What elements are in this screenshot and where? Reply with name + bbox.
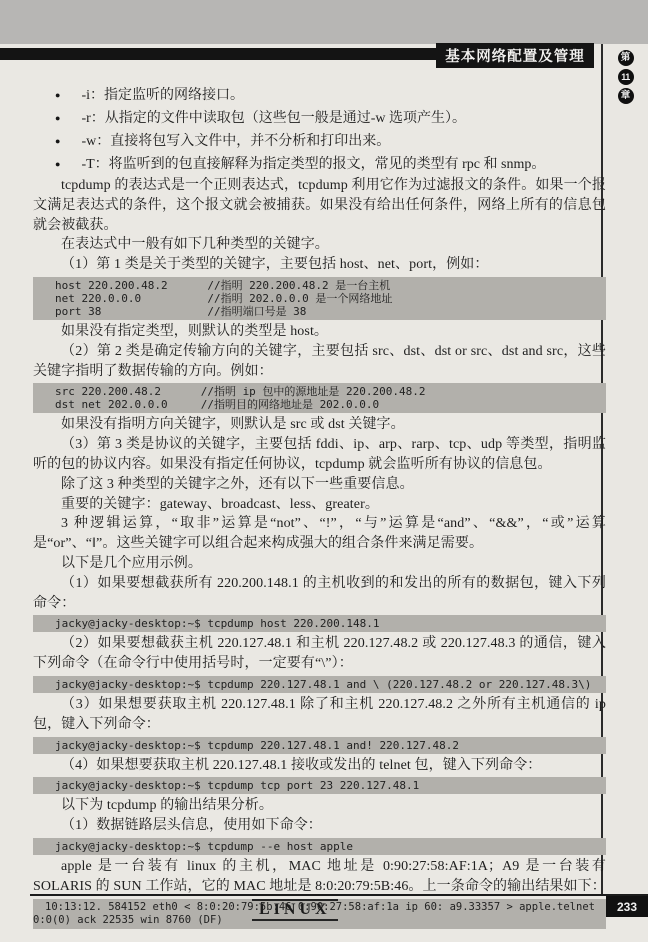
paragraph: （3）第 3 类是协议的关键字，主要包括 fddi、ip、arp、rarp、tc… (33, 435, 606, 475)
paragraph: 重要的关键字：gateway、broadcast、less、greater。 (33, 495, 606, 515)
code-line: jacky@jacky-desktop:~$ tcpdump tcp port … (55, 779, 606, 792)
paragraph: 如果没有指定类型，则默认的类型是 host。 (33, 322, 606, 342)
chapter-header-title: 基本网络配置及管理 (445, 45, 585, 66)
chapter-header-bar: 基本网络配置及管理 (436, 43, 594, 68)
bullet-text: -T：将监听到的包直接解释为指定类型的报文，常见的类型有 rpc 和 snmp。 (81, 153, 545, 176)
bullet-text: -w：直接将包写入文件中，并不分析和打印出来。 (81, 130, 390, 153)
content-column: ●-i：指定监听的网络接口。●-r：从指定的文件中读取包（这些包一般是通过-w … (33, 84, 606, 931)
bullet-item: ●-w：直接将包写入文件中，并不分析和打印出来。 (33, 130, 606, 153)
code-line: jacky@jacky-desktop:~$ tcpdump --e host … (55, 840, 606, 853)
paragraph: 如果没有指明方向关键字，则默认是 src 或 dst 关键字。 (33, 415, 606, 435)
paragraph: （2）第 2 类是确定传输方向的关键字，主要包括 src、dst、dst or … (33, 342, 606, 382)
scanned-book-page: 基本网络配置及管理 第 11 章 ●-i：指定监听的网络接口。●-r：从指定的文… (0, 0, 648, 942)
scan-top-margin (0, 0, 648, 44)
paragraph: 以下为 tcpdump 的输出结果分析。 (33, 796, 606, 816)
paragraph: （1）数据链路层头信息，使用如下命令： (33, 816, 606, 836)
code-line: net 220.0.0.0 //指明 202.0.0.0 是一个网络地址 (55, 292, 606, 305)
chapter-tab-number: 11 (621, 69, 630, 85)
paragraph: （4）如果想要获取主机 220.127.48.1 接收或发出的 telnet 包… (33, 756, 606, 776)
code-block: jacky@jacky-desktop:~$ tcpdump 220.127.4… (33, 676, 606, 693)
chapter-tab-circle-3: 章 (618, 88, 634, 104)
paragraph: （3）如果想要获取主机 220.127.48.1 除了和主机 220.127.4… (33, 695, 606, 735)
bullet-item: ●-i：指定监听的网络接口。 (33, 84, 606, 107)
bullet-text: -r：从指定的文件中读取包（这些包一般是通过-w 选项产生）。 (81, 107, 466, 130)
code-block: jacky@jacky-desktop:~$ tcpdump 220.127.4… (33, 737, 606, 754)
code-block: jacky@jacky-desktop:~$ tcpdump --e host … (33, 838, 606, 855)
code-block: jacky@jacky-desktop:~$ tcpdump host 220.… (33, 615, 606, 632)
publisher-logo: LINUX (252, 899, 338, 921)
bullet-icon: ● (55, 153, 60, 176)
bullet-icon: ● (55, 84, 60, 107)
code-line: dst net 202.0.0.0 //指明目的网络地址是 202.0.0.0 (55, 398, 606, 411)
paragraph: 以下是几个应用示例。 (33, 554, 606, 574)
footer-rule (30, 894, 648, 896)
chapter-tab-char-bottom: 章 (621, 88, 631, 104)
chapter-tab-circle-1: 第 (618, 50, 634, 66)
page-number-badge: 233 (606, 896, 648, 917)
code-line: jacky@jacky-desktop:~$ tcpdump 220.127.4… (55, 739, 606, 752)
code-block: host 220.200.48.2 //指明 220.200.48.2 是一台主… (33, 277, 606, 320)
code-block: src 220.200.48.2 //指明 ip 包中的源地址是 220.200… (33, 383, 606, 413)
code-line: host 220.200.48.2 //指明 220.200.48.2 是一台主… (55, 279, 606, 292)
paragraph: （1）如果要想截获所有 220.200.148.1 的主机收到的和发出的所有的数… (33, 574, 606, 614)
paragraph: （2）如果要想截获主机 220.127.48.1 和主机 220.127.48.… (33, 634, 606, 674)
code-line: src 220.200.48.2 //指明 ip 包中的源地址是 220.200… (55, 385, 606, 398)
paragraph: 在表达式中一般有如下几种类型的关键字。 (33, 235, 606, 255)
bullet-icon: ● (55, 107, 60, 130)
bullet-icon: ● (55, 130, 60, 153)
paragraph: 除了这 3 种类型的关键字之外，还有以下一些重要信息。 (33, 475, 606, 495)
bullet-item: ●-r：从指定的文件中读取包（这些包一般是通过-w 选项产生）。 (33, 107, 606, 130)
paragraph: apple 是一台装有 linux 的主机，MAC 地址是 0:90:27:58… (33, 857, 606, 897)
chapter-tab-circle-2: 11 (618, 69, 634, 85)
paragraph: tcpdump 的表达式是一个正则表达式，tcpdump 利用它作为过滤报文的条… (33, 176, 606, 235)
code-line: jacky@jacky-desktop:~$ tcpdump 220.127.4… (55, 678, 606, 691)
code-line: port 38 //指明端口号是 38 (55, 305, 606, 318)
paragraph: 3 种逻辑运算，“取非”运算是“not”、“!”，“与”运算是“and”、“&&… (33, 514, 606, 554)
page-edge-chapter-strip: 第 11 章 (601, 44, 648, 895)
chapter-tab-char-top: 第 (621, 50, 631, 66)
bullet-text: -i：指定监听的网络接口。 (81, 84, 244, 107)
code-line: jacky@jacky-desktop:~$ tcpdump host 220.… (55, 617, 606, 630)
publisher-logo-text: LINUX (259, 901, 331, 918)
paragraph: （1）第 1 类是关于类型的关键字，主要包括 host、net、port，例如： (33, 255, 606, 275)
code-block: jacky@jacky-desktop:~$ tcpdump tcp port … (33, 777, 606, 794)
bullet-item: ●-T：将监听到的包直接解释为指定类型的报文，常见的类型有 rpc 和 snmp… (33, 153, 606, 176)
page-number-text: 233 (617, 900, 637, 914)
